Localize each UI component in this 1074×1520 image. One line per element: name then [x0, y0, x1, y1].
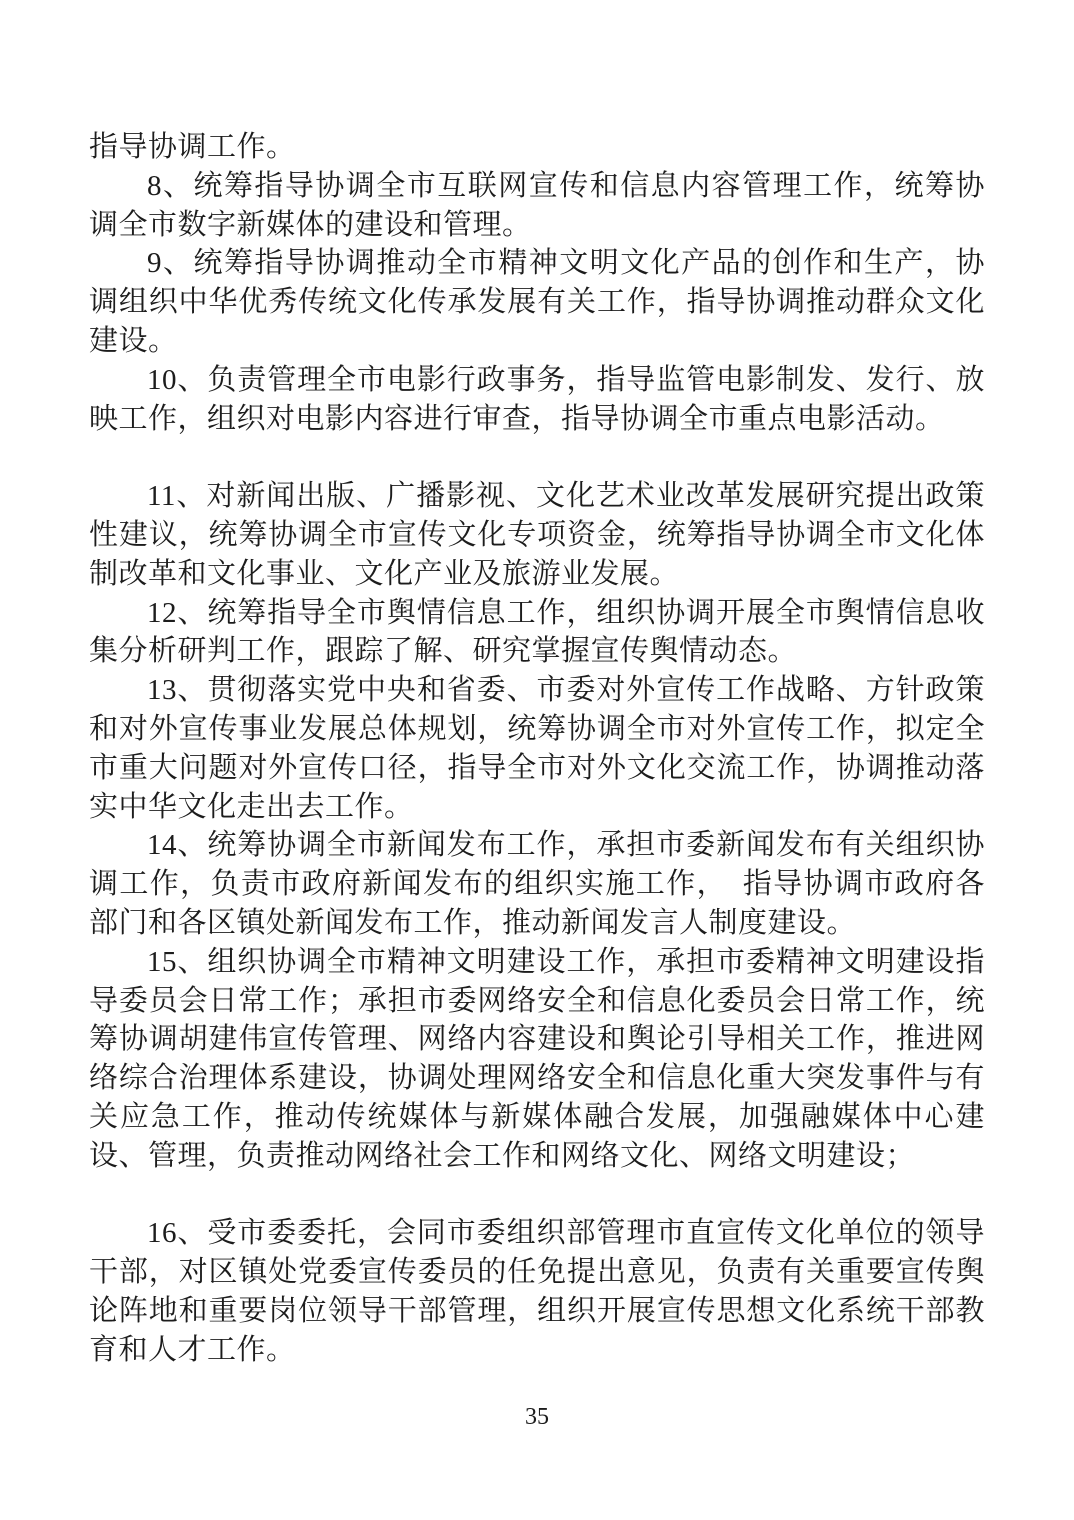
document-page: 指导协调工作。 8、统筹指导协调全市互联网宣传和信息内容管理工作，统筹协调全市数… — [89, 128, 985, 1370]
page-number: 35 — [0, 1402, 1074, 1432]
duty-item-8: 8、统筹指导协调全市互联网宣传和信息内容管理工作，统筹协调全市数字新媒体的建设和… — [89, 167, 985, 245]
duty-item-11: 11、对新闻出版、广播影视、文化艺术业改革发展研究提出政策性建议，统筹协调全市宣… — [89, 477, 985, 593]
duty-item-13: 13、贯彻落实党中央和省委、市委对外宣传工作战略、方针政策和对外宣传事业发展总体… — [89, 671, 985, 826]
duty-item-14: 14、统筹协调全市新闻发布工作，承担市委新闻发布有关组织协调工作，负责市政府新闻… — [89, 826, 985, 942]
duty-item-10: 10、负责管理全市电影行政事务，指导监管电影制发、发行、放映工作，组织对电影内容… — [89, 361, 985, 439]
duty-item-9: 9、统筹指导协调推动全市精神文明文化产品的创作和生产，协调组织中华优秀传统文化传… — [89, 244, 985, 360]
duty-item-16: 16、受市委委托，会同市委组织部管理市直宣传文化单位的领导干部，对区镇处党委宣传… — [89, 1214, 985, 1369]
duty-item-15: 15、组织协调全市精神文明建设工作，承担市委精神文明建设指导委员会日常工作；承担… — [89, 943, 985, 1176]
duty-item-12: 12、统筹指导全市舆情信息工作，组织协调开展全市舆情信息收集分析研判工作，跟踪了… — [89, 594, 985, 672]
paragraph-continuation: 指导协调工作。 — [89, 128, 985, 167]
